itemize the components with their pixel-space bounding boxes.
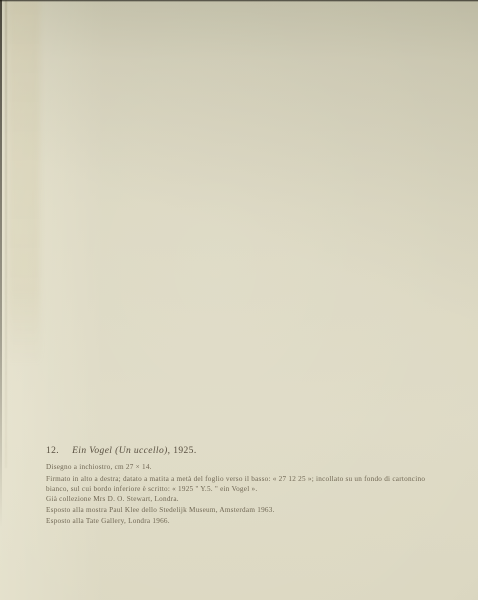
- caption-exhibition-2: Esposto alla Tate Gallery, Londra 1966.: [46, 517, 470, 526]
- work-title-year: , 1925.: [168, 446, 197, 456]
- work-title: Ein Vogel (Un uccello): [72, 446, 168, 456]
- caption-title-line: 12.Ein Vogel (Un uccello), 1925.: [46, 445, 470, 457]
- caption-medium-dimensions: Disegno a inchiostro, cm 27 × 14.: [46, 463, 470, 472]
- caption-inscription-line-2: bianco, sul cui bordo inferiore è scritt…: [46, 485, 470, 494]
- catalogue-number: 12.: [46, 445, 59, 457]
- caption-inscription-line-1: Firmato in alto a destra; datato a matit…: [46, 475, 470, 484]
- catalogue-caption: 12.Ein Vogel (Un uccello), 1925. Disegno…: [46, 445, 470, 526]
- caption-exhibition-1: Esposto alla mostra Paul Klee dello Sted…: [46, 506, 470, 515]
- caption-provenance: Già collezione Mrs D. O. Stewart, Londra…: [46, 495, 470, 504]
- scanned-book-page: 12.Ein Vogel (Un uccello), 1925. Disegno…: [0, 0, 478, 600]
